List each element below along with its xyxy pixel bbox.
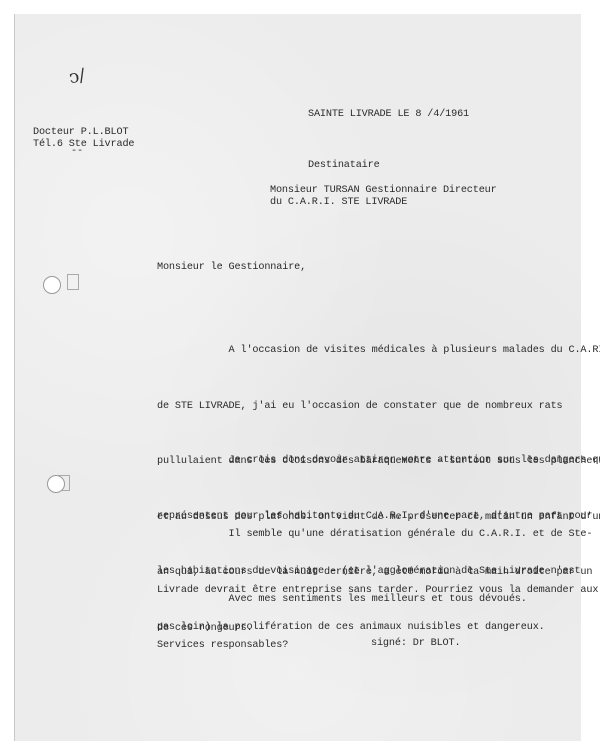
paragraph-line: A l'occasion de visites médicales à plus… — [157, 342, 577, 361]
salutation: Monsieur le Gestionnaire, — [157, 262, 306, 274]
paragraph-line: Il semble qu'une dératisation générale d… — [157, 526, 577, 545]
signature: signé: Dr BLOT. — [371, 638, 460, 650]
handwritten-annotation: ↄ/ — [67, 65, 87, 88]
recipient-heading: Destinataire — [308, 160, 380, 172]
sender-underline: -- — [71, 146, 83, 158]
paragraph-line: de STE LIVRADE, j'ai eu l'occasion de co… — [157, 398, 577, 417]
letter-page: ↄ/ Docteur P.L.BLOT Tél.6 Ste Livrade --… — [14, 14, 581, 741]
punch-hole-tear-1 — [67, 274, 79, 290]
paragraph-line: Je crois donc devoir attirer votre atten… — [157, 452, 577, 471]
place-date: SAINTE LIVRADE LE 8 /4/1961 — [308, 109, 469, 121]
punch-hole-1 — [43, 276, 61, 294]
recipient-line-2: du C.A.R.I. STE LIVRADE — [270, 197, 407, 209]
recipient-line-1: Monsieur TURSAN Gestionnaire Directeur — [270, 185, 497, 197]
sender-name: Docteur P.L.BLOT — [33, 127, 128, 139]
punch-hole-2 — [47, 475, 65, 493]
closing: Avec mes sentiments les meilleurs et tou… — [157, 554, 577, 647]
sender-phone: Tél.6 Ste Livrade — [33, 139, 134, 151]
closing-line: Avec mes sentiments les meilleurs et tou… — [157, 591, 577, 610]
